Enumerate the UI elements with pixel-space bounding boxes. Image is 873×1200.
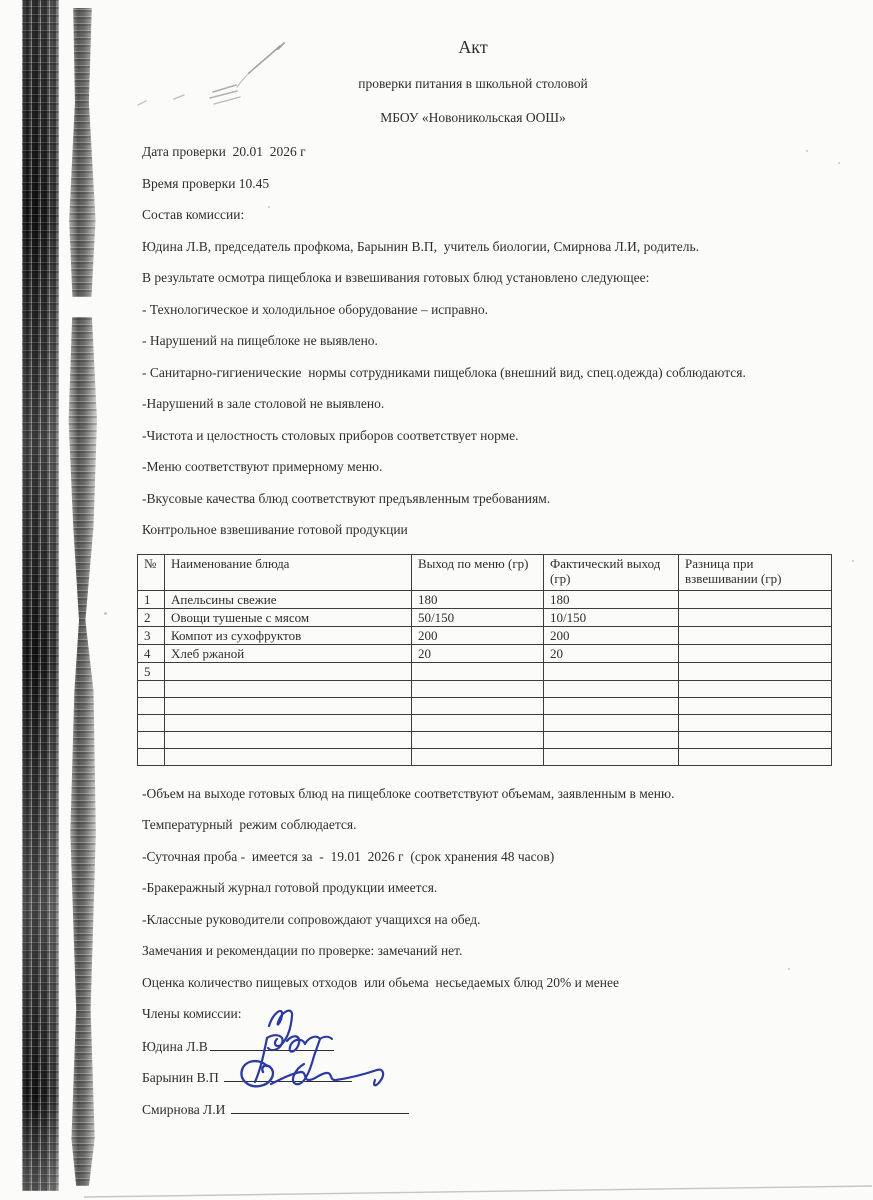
signature-name-label: Смирнова Л.И — [142, 1102, 229, 1117]
table-cell: 20 — [412, 644, 544, 662]
table-row: 1Апельсины свежие180180 — [138, 590, 832, 608]
intro-paragraphs: Дата проверки 20.01 2026 гВремя проверки… — [142, 144, 844, 538]
signature-line — [210, 1039, 334, 1051]
document-subtitle-2: МБОУ «Новоникольская ООШ» — [142, 110, 804, 126]
table-cell — [679, 697, 832, 714]
table-header-cell: Разница при взвешивании (гр) — [679, 554, 832, 590]
table-cell — [165, 697, 412, 714]
signature-row-3: Смирнова Л.И — [142, 1101, 844, 1118]
table-cell: 10/150 — [544, 608, 679, 626]
table-cell — [412, 748, 544, 765]
table-cell: 2 — [138, 608, 165, 626]
paragraph-intro-9: -Нарушений в зале столовой не выявлено. — [142, 396, 844, 412]
table-cell — [138, 748, 165, 765]
paragraph-intro-7: - Нарушений на пищеблоке не выявлено. — [142, 333, 844, 349]
table-row: 3Компот из сухофруктов200200 — [138, 626, 832, 644]
document-subtitle-1: проверки питания в школьной столовой — [142, 76, 804, 92]
table-header-row: №Наименование блюдаВыход по меню (гр)Фак… — [138, 554, 832, 590]
table-row — [138, 714, 832, 731]
table-cell: 5 — [138, 662, 165, 680]
paragraph-intro-6: - Технологическое и холодильное оборудов… — [142, 302, 844, 318]
paragraph-intro-1: Дата проверки 20.01 2026 г — [142, 144, 844, 160]
table-cell: 200 — [412, 626, 544, 644]
signature-name-label: Барынин В.П — [142, 1070, 222, 1085]
table-cell — [412, 680, 544, 697]
paragraph-intro-5: В результате осмотра пищеблока и взвешив… — [142, 270, 844, 286]
paragraph-intro-4: Юдина Л.В, председатель профкома, Барыни… — [142, 239, 844, 255]
table-cell — [165, 748, 412, 765]
signature-block: Юдина Л.ВБарынин В.П Смирнова Л.И — [142, 1038, 844, 1118]
scan-speck — [104, 612, 107, 615]
table-cell — [679, 662, 832, 680]
document-title: Акт — [142, 36, 804, 58]
table-cell: Компот из сухофруктов — [165, 626, 412, 644]
paragraph-intro-10: -Чистота и целостность столовых приборов… — [142, 428, 844, 444]
table-cell — [165, 662, 412, 680]
table-header-cell: № — [138, 554, 165, 590]
table-cell — [679, 714, 832, 731]
table-cell — [544, 714, 679, 731]
scanned-document-page: { "document": { "title": "Акт", "subtitl… — [0, 0, 873, 1200]
table-row — [138, 748, 832, 765]
table-cell — [679, 608, 832, 626]
paragraph-closing-4: -Бракеражный журнал готовой продукции им… — [142, 880, 844, 896]
signature-row-2: Барынин В.П — [142, 1069, 844, 1086]
paragraph-closing-2: Температурный режим соблюдается. — [142, 817, 844, 833]
table-cell: 200 — [544, 626, 679, 644]
table-row — [138, 680, 832, 697]
signature-line — [224, 1070, 352, 1082]
table-cell — [544, 748, 679, 765]
paragraph-intro-2: Время проверки 10.45 — [142, 176, 844, 192]
paragraph-closing-3: -Суточная проба - имеется за - 19.01 202… — [142, 849, 844, 865]
paragraph-closing-6: Замечания и рекомендации по проверке: за… — [142, 943, 844, 959]
paragraph-intro-8: - Санитарно-гигиенические нормы сотрудни… — [142, 365, 844, 381]
scan-speck — [852, 560, 854, 562]
table-cell — [544, 697, 679, 714]
table-cell — [138, 731, 165, 748]
table-cell: 1 — [138, 590, 165, 608]
table-cell: 180 — [544, 590, 679, 608]
signature-row-1: Юдина Л.В — [142, 1038, 844, 1055]
table-header-cell: Фактический выход (гр) — [544, 554, 679, 590]
table-cell: 20 — [544, 644, 679, 662]
table-cell: 4 — [138, 644, 165, 662]
table-header-cell: Наименование блюда — [165, 554, 412, 590]
table-cell — [138, 697, 165, 714]
table-cell: 180 — [412, 590, 544, 608]
table-row: 5 — [138, 662, 832, 680]
table-cell: Апельсины свежие — [165, 590, 412, 608]
paragraph-closing-7: Оценка количество пищевых отходов или об… — [142, 975, 844, 991]
table-row: 2Овощи тушеные с мясом50/15010/150 — [138, 608, 832, 626]
table-cell — [679, 680, 832, 697]
table-cell — [544, 680, 679, 697]
signature-line — [231, 1102, 409, 1114]
table-cell: Хлеб ржаной — [165, 644, 412, 662]
table-cell — [138, 714, 165, 731]
table-cell — [165, 714, 412, 731]
table-cell — [679, 731, 832, 748]
table-cell — [138, 680, 165, 697]
paragraph-closing-8: Члены комиссии: — [142, 1006, 844, 1022]
table-cell — [679, 590, 832, 608]
table-cell — [412, 714, 544, 731]
table-cell: 50/150 — [412, 608, 544, 626]
table-cell: 3 — [138, 626, 165, 644]
paragraph-closing-1: -Объем на выходе готовых блюд на пищебло… — [142, 786, 844, 802]
table-cell — [412, 731, 544, 748]
weighing-table: №Наименование блюдаВыход по меню (гр)Фак… — [137, 554, 832, 766]
table-header-cell: Выход по меню (гр) — [412, 554, 544, 590]
table-cell: Овощи тушеные с мясом — [165, 608, 412, 626]
table-cell — [412, 662, 544, 680]
scan-binding-band-gray — [68, 8, 97, 1186]
table-cell — [544, 662, 679, 680]
table-cell — [165, 731, 412, 748]
table-cell — [679, 644, 832, 662]
table-cell — [544, 731, 679, 748]
scan-binding-band-dark — [22, 0, 59, 1191]
closing-paragraphs: -Объем на выходе готовых блюд на пищебло… — [142, 786, 844, 1023]
paragraph-intro-3: Состав комиссии: — [142, 207, 844, 223]
table-cell — [165, 680, 412, 697]
document-body: Акт проверки питания в школьной столовой… — [142, 30, 844, 1132]
paragraph-closing-5: -Классные руководители сопровождают учащ… — [142, 912, 844, 928]
table-row: 4Хлеб ржаной2020 — [138, 644, 832, 662]
table-cell — [412, 697, 544, 714]
table-row — [138, 697, 832, 714]
scan-band-gap — [66, 297, 100, 317]
table-row — [138, 731, 832, 748]
table-cell — [679, 748, 832, 765]
paragraph-intro-11: -Меню соответствуют примерному меню. — [142, 459, 844, 475]
paragraph-intro-13: Контрольное взвешивание готовой продукци… — [142, 522, 844, 538]
signature-name-label: Юдина Л.В — [142, 1039, 208, 1054]
paragraph-intro-12: -Вкусовые качества блюд соответствуют пр… — [142, 491, 844, 507]
table-cell — [679, 626, 832, 644]
